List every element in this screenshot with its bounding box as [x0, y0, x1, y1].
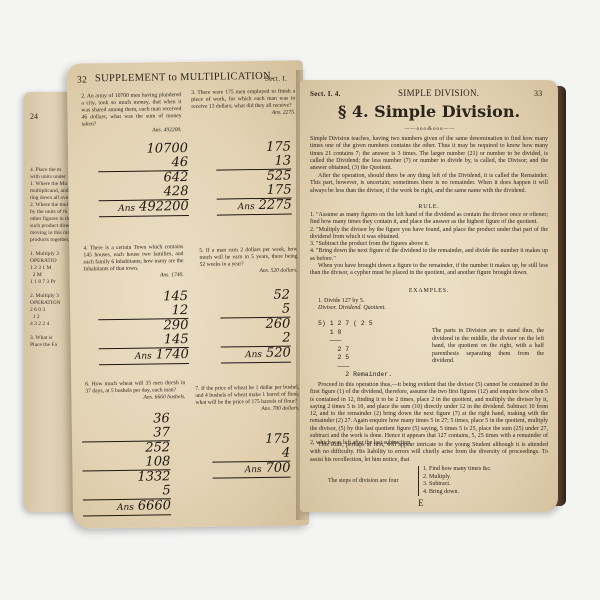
chapter-title: § 4. Simple Division. — [300, 102, 558, 121]
signature-mark: E — [418, 498, 424, 508]
handwritten-calc-6: 36 37 252 108 1332 5 Ans6660 — [82, 412, 171, 516]
rules-list: 1. "Assume as many figures on the left h… — [310, 212, 548, 263]
handwritten-calc-3: 175 13 525 175 Ans2275 — [216, 141, 292, 216]
problem-6: 6. How much wheat will 35 men thresh in … — [85, 380, 185, 402]
right-page-running-head: SIMPLE DIVISION. — [398, 88, 479, 98]
right-page-number: 33 — [534, 89, 543, 98]
remainder-paragraph: After the operation, should there be any… — [310, 173, 548, 195]
steps-label: The steps of division are four — [328, 478, 398, 484]
right-page: Sect. I. 4. SIMPLE DIVISION. 33 § 4. Sim… — [300, 80, 558, 512]
intro-paragraph: Simple Division teaches, having two numb… — [310, 136, 548, 172]
after-rules-paragraph: When you have brought down a figure to t… — [310, 263, 548, 278]
handwritten-calc-2: 10700 46 642 428 Ans492200 — [98, 142, 189, 217]
rule-heading: RULE. — [310, 204, 548, 211]
examples-heading: EXAMPLES. — [310, 288, 548, 295]
example-note: The parts in Division are to stand thus,… — [432, 328, 544, 366]
example-long-division: 5) 1 2 7 ( 2 5 1 0 ——— 2 7 2 5 ——— 2 Rem… — [318, 320, 392, 380]
division-steps-list: 1. Find how many times &c. 2. Multiply. … — [418, 466, 492, 496]
title-ornament: ——ooo⁂ooo—— — [390, 126, 470, 132]
proceed-paragraph: Proceed in this operation thus,—it being… — [310, 382, 548, 448]
right-page-section: Sect. I. 4. — [310, 90, 341, 98]
left-page-header: SUPPLEMENT to MULTIPLICATION. — [95, 71, 274, 84]
book-photo: 24 SI 4. Place the m with units under 1.… — [0, 0, 600, 600]
left-page: 32 SUPPLEMENT to MULTIPLICATION. Sect. I… — [67, 60, 309, 528]
handwritten-calc-7: 175 4 Ans700 — [212, 433, 291, 479]
handwritten-calc-5: 52 5 260 2 Ans520 — [220, 289, 291, 364]
problem-4: 4. There is a certain Town which contain… — [83, 244, 183, 280]
rule-paragraph: This Rule, perhaps at first, will appear… — [310, 442, 548, 464]
example-prompt: 1. Divide 127 by 5. Divisor. Dividend. Q… — [318, 298, 458, 313]
handwritten-calc-4: 145 12 290 145 Ans1740 — [98, 290, 189, 365]
problem-3: 3. There were 175 men employed to finish… — [191, 88, 295, 117]
problem-7: 7. If the price of wheat be 1 dollar per… — [195, 384, 299, 413]
problem-2: 2. An army of 10700 men having plundered… — [81, 92, 182, 135]
left-page-number: 32 — [77, 75, 87, 85]
problem-5: 5. If a man earn 2 dollars per week, how… — [199, 246, 297, 275]
left-page-section: Sect. I. — [265, 75, 287, 83]
back-page-number: 24 — [30, 112, 38, 121]
